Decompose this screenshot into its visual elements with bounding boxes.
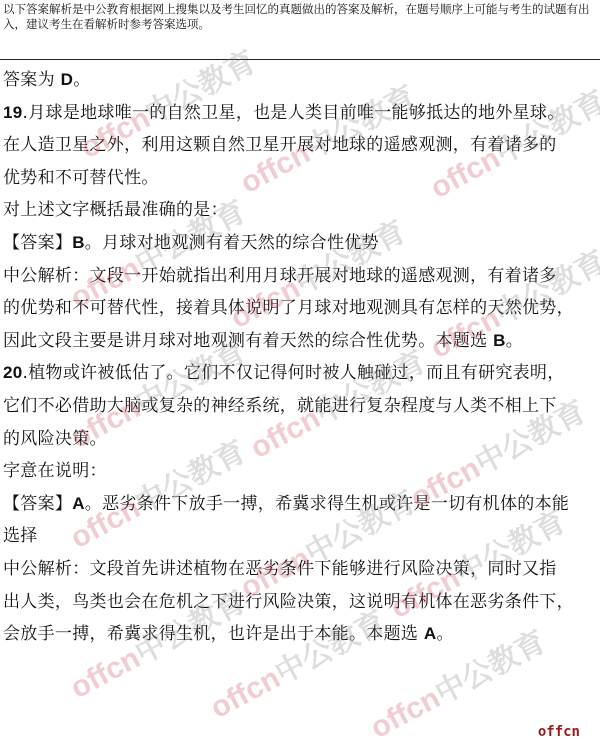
question-19-line: 19.月球是地球唯一的自然卫星，也是人类目前唯一能够抵达的地外星球。 — [3, 97, 599, 130]
answer-line: 【答案】A。恶劣条件下放手一搏，希冀求得生机或许是一切有机体的本能 — [3, 488, 599, 521]
analysis-line: 中公解析：文段一开始就指出利用月球开展对地球的遥感观测，有着诸多 — [3, 260, 599, 293]
text-line: 选择 — [3, 520, 599, 553]
text-line: 在人造卫星之外，利用这颗自然卫星开展对地球的遥感观测，有着诸多的 — [3, 129, 599, 162]
text-line: 答案为 D。 — [3, 64, 599, 97]
answer-line: 【答案】B。月球对地观测有着天然的综合性优势 — [3, 227, 599, 260]
answer-content: 答案为 D。 19.月球是地球唯一的自然卫星，也是人类目前唯一能够抵达的地外星球… — [3, 64, 599, 651]
text-line: 出人类，鸟类也会在危机之下进行风险决策，这说明有机体在恶劣条件下， — [3, 586, 599, 619]
question-prompt: 字意在说明： — [3, 455, 599, 488]
question-20-line: 20.植物或许被低估了。它们不仅记得何时被人触碰过，而且有研究表明， — [3, 357, 599, 390]
text-line: 的优势和不可替代性，接着具体说明了月球对地观测具有怎样的天然优势， — [3, 292, 599, 325]
text-line: 会放手一搏，希冀求得生机，也许是出于本能。本题选 A。 — [3, 618, 599, 651]
text-line: 优势和不可替代性。 — [3, 162, 599, 195]
offcn-logo: offcn — [538, 724, 580, 740]
text-line: 的风险决策。 — [3, 423, 599, 456]
analysis-line: 中公解析：文段首先讲述植物在恶劣条件下能够进行风险决策，同时又指 — [3, 553, 599, 586]
text-line: 它们不必借助大脑或复杂的神经系统，就能进行复杂程度与人类不相上下 — [3, 390, 599, 423]
question-prompt: 对上述文字概括最准确的是： — [3, 194, 599, 227]
disclaimer-notice: 以下答案解析是中公教育根据网上搜集以及考生回忆的真题做出的答案及解析，在题号顺序… — [3, 2, 597, 32]
text-line: 因此文段主要是讲月球对地观测有着天然的综合性优势。本题选 B。 — [3, 325, 599, 358]
divider — [0, 59, 600, 60]
